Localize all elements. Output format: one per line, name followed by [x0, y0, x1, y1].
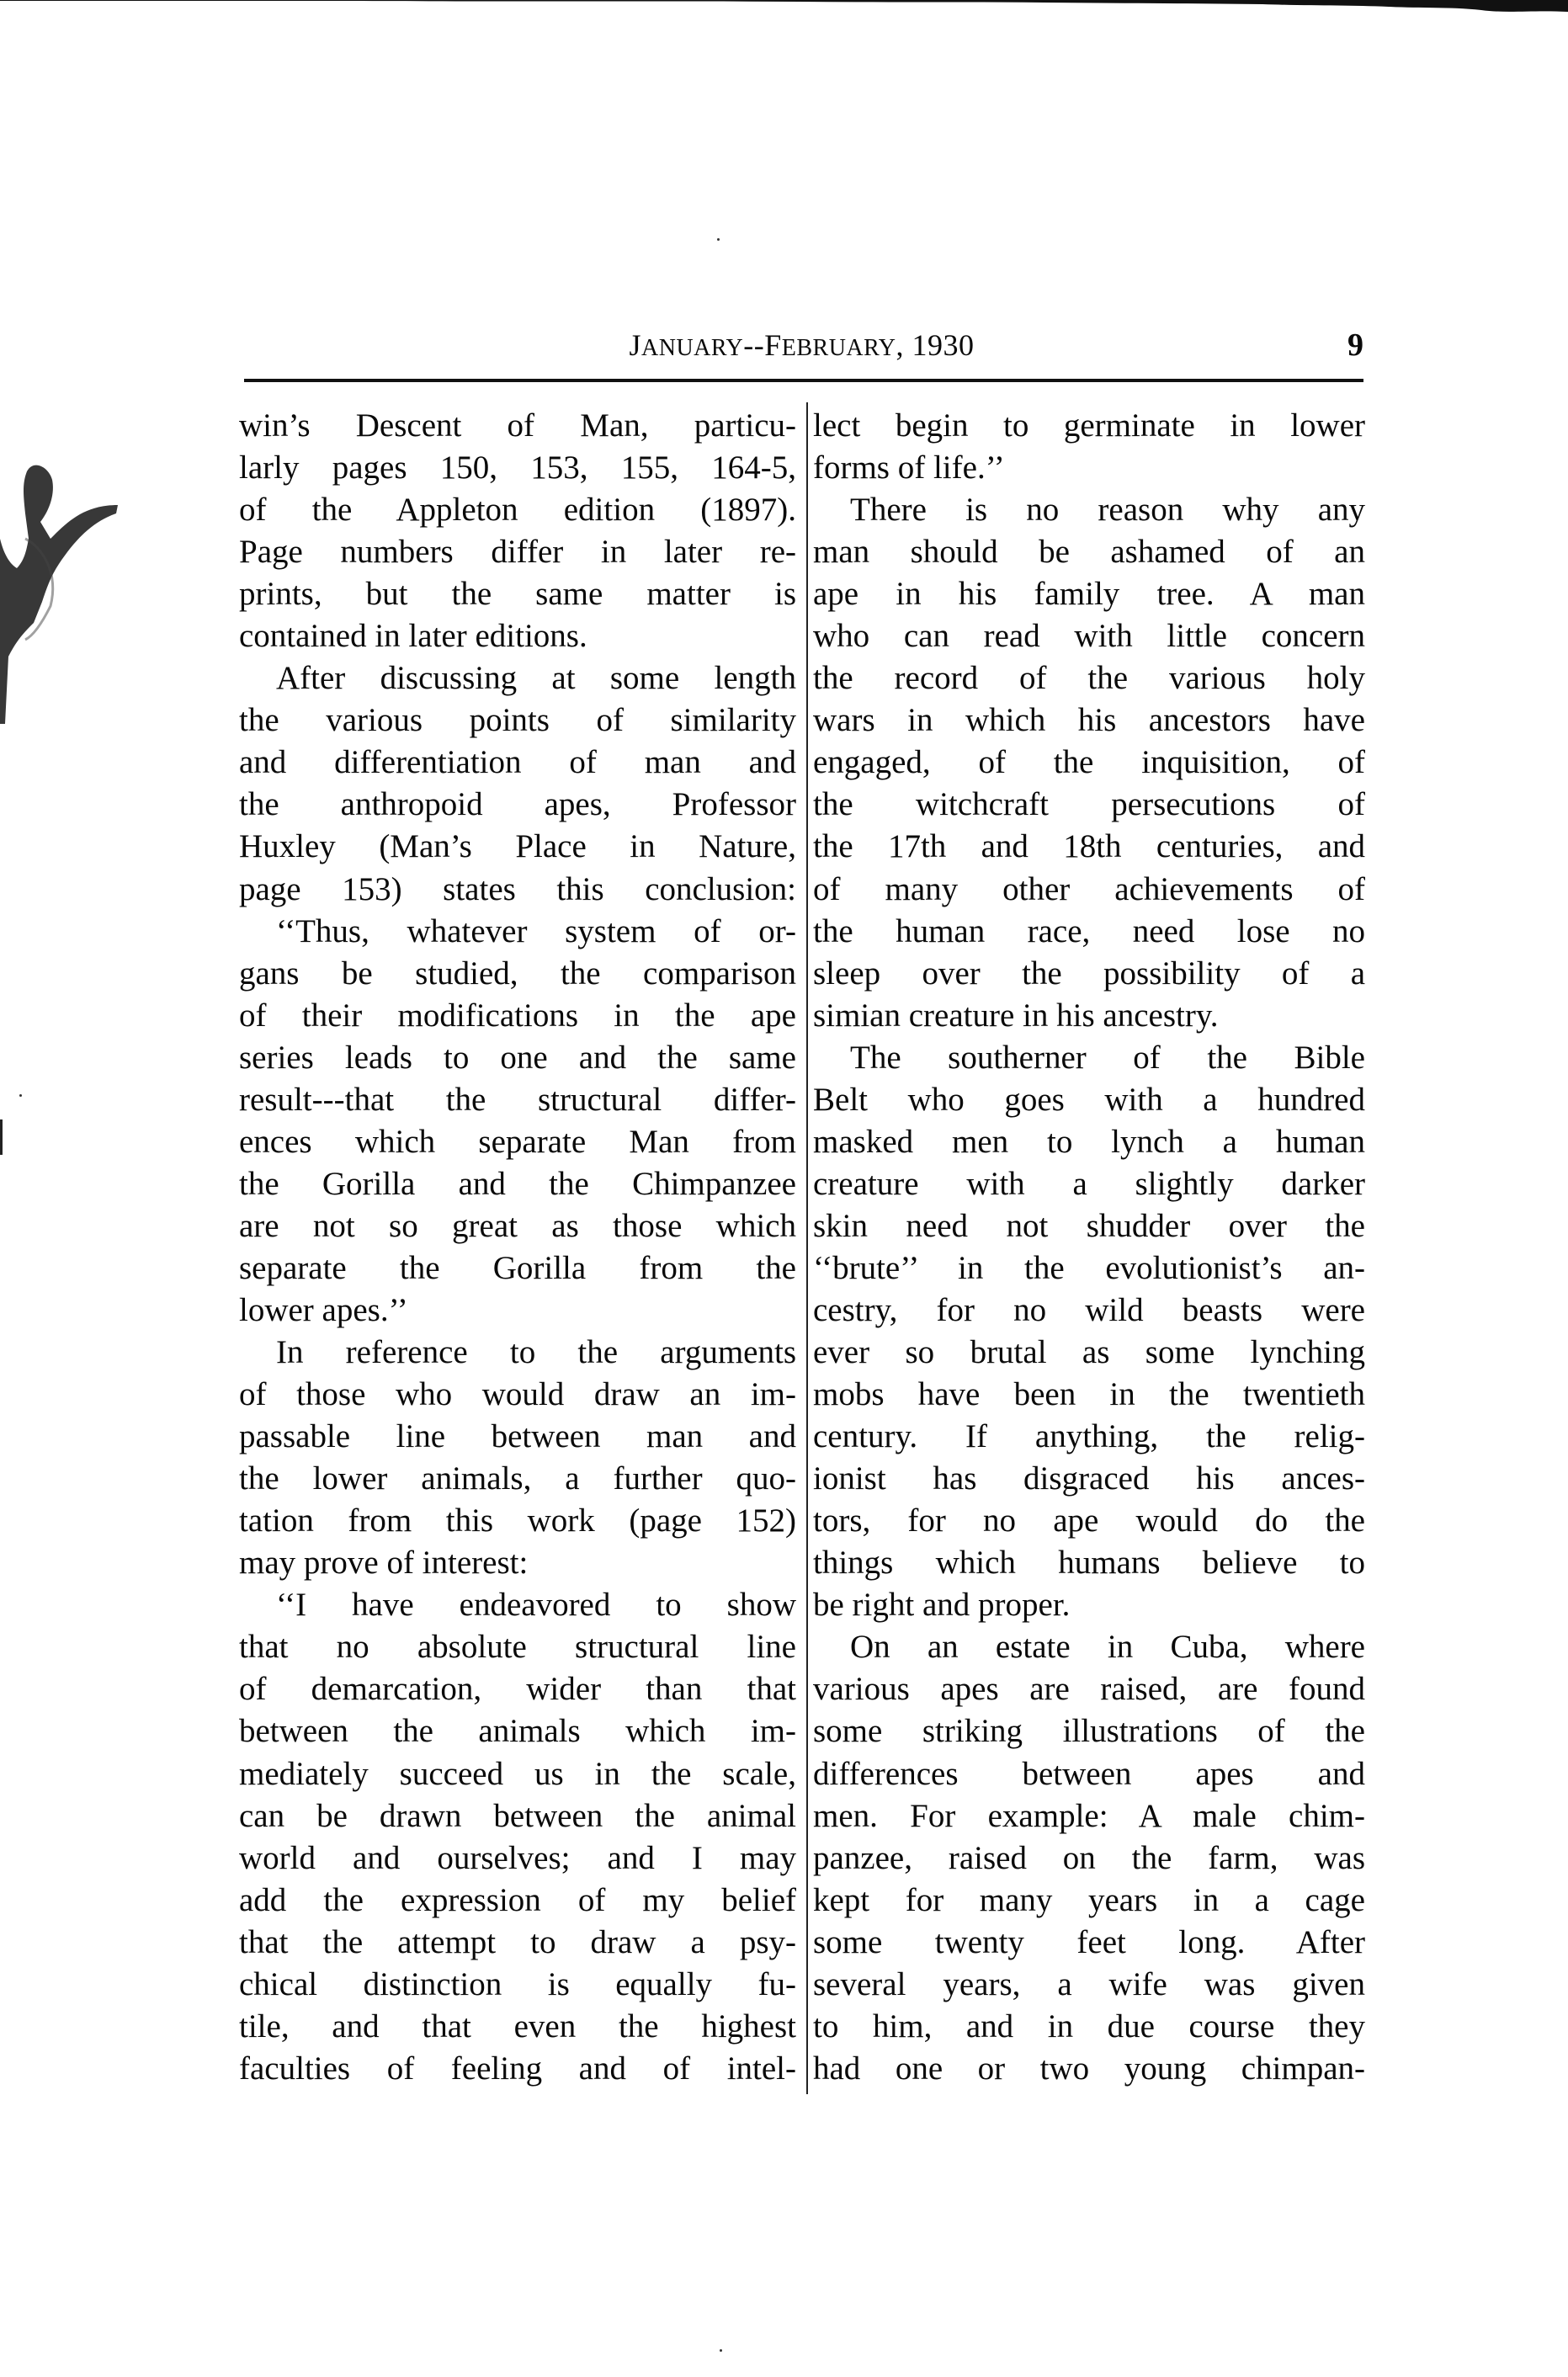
scan-speck	[720, 2349, 722, 2352]
text-line: mobs have been in the twentieth	[813, 1374, 1365, 1416]
text-line: man should be ashamed of an	[813, 531, 1365, 573]
text-line: Belt who goes with a hundred	[813, 1079, 1365, 1121]
column-divider	[806, 402, 808, 2094]
text-line: prints, but the same matter is	[239, 573, 796, 615]
text-line: result---that the structural differ-	[239, 1079, 796, 1121]
scan-top-edge-shadow	[0, 0, 1568, 15]
text-line: ape in his family tree. A man	[813, 573, 1365, 615]
title-initial-j: J	[630, 328, 642, 362]
text-line: world and ourselves; and I may	[239, 1837, 796, 1880]
text-line: series leads to one and the same	[239, 1037, 796, 1079]
scan-margin-blot	[0, 421, 135, 724]
text-line: things which humans believe to	[813, 1542, 1365, 1584]
text-line: several years, a wife was given	[813, 1964, 1365, 2006]
text-line: to him, and in due course they	[813, 2006, 1365, 2048]
text-line: ences which separate Man from	[239, 1121, 796, 1163]
text-line: various apes are raised, are found	[813, 1668, 1365, 1710]
text-line: can be drawn between the animal	[239, 1795, 796, 1837]
text-line: who can read with little concern	[813, 615, 1365, 657]
text-line: mediately succeed us in the scale,	[239, 1753, 796, 1795]
text-line: and differentiation of man and	[239, 742, 796, 784]
text-line: sleep over the possibility of a	[813, 953, 1365, 995]
text-line: between the animals which im-	[239, 1710, 796, 1752]
text-line: After discussing at some length	[239, 657, 796, 699]
text-line: of many other achievements of	[813, 869, 1365, 911]
text-line: that the attempt to draw a psy-	[239, 1922, 796, 1964]
text-line: There is no reason why any	[813, 489, 1365, 531]
text-line: century. If anything, the relig-	[813, 1416, 1365, 1458]
text-line: of their modifications in the ape	[239, 995, 796, 1037]
text-line: lect begin to germinate in lower	[813, 405, 1365, 447]
text-line: some striking illustrations of the	[813, 1710, 1365, 1752]
text-line: simian creature in his ancestry.	[813, 995, 1365, 1037]
text-line: the record of the various holy	[813, 657, 1365, 699]
scan-speck	[19, 1094, 22, 1097]
header-rule	[244, 379, 1363, 382]
text-line: ‘‘brute’’ in the evolutionist’s an-	[813, 1247, 1365, 1290]
text-line: In reference to the arguments	[239, 1332, 796, 1374]
text-line: ‘‘I have endeavored to show	[239, 1584, 796, 1626]
text-line: creature with a slightly darker	[813, 1163, 1365, 1205]
text-line: The southerner of the Bible	[813, 1037, 1365, 1079]
text-line: contained in later editions.	[239, 615, 796, 657]
text-line: kept for many years in a cage	[813, 1880, 1365, 1922]
text-line: the anthropoid apes, Professor	[239, 784, 796, 826]
text-line: On an estate in Cuba, where	[813, 1626, 1365, 1668]
text-line: the Gorilla and the Chimpanzee	[239, 1163, 796, 1205]
text-line: gans be studied, the comparison	[239, 953, 796, 995]
scan-speck	[717, 238, 720, 241]
right-column: lect begin to germinate in lowerforms of…	[813, 405, 1365, 2090]
text-line: may prove of interest:	[239, 1542, 796, 1584]
text-line: Huxley (Man’s Place in Nature,	[239, 826, 796, 868]
text-line: skin need not shudder over the	[813, 1205, 1365, 1247]
text-line: engaged, of the inquisition, of	[813, 742, 1365, 784]
text-line: panzee, raised on the farm, was	[813, 1837, 1365, 1880]
text-line: ever so brutal as some lynching	[813, 1332, 1365, 1374]
text-line: are not so great as those which	[239, 1205, 796, 1247]
text-line: some twenty feet long. After	[813, 1922, 1365, 1964]
text-line: faculties of feeling and of intel-	[239, 2048, 796, 2090]
text-line: chical distinction is equally fu-	[239, 1964, 796, 2006]
title-initial-f: --F	[743, 328, 782, 362]
text-line: ionist has disgraced his ances-	[813, 1458, 1365, 1500]
text-line: passable line between man and	[239, 1416, 796, 1458]
text-line: tile, and that even the highest	[239, 2006, 796, 2048]
running-head-title: JANUARY--FEBRUARY, 1930	[240, 324, 1363, 370]
text-line: differences between apes and	[813, 1753, 1365, 1795]
text-line: win’s Descent of Man, particu-	[239, 405, 796, 447]
text-line: separate the Gorilla from the	[239, 1247, 796, 1290]
text-line: men. For example: A male chim-	[813, 1795, 1365, 1837]
text-line: masked men to lynch a human	[813, 1121, 1365, 1163]
text-line: the 17th and 18th centuries, and	[813, 826, 1365, 868]
text-line: be right and proper.	[813, 1584, 1365, 1626]
text-line: of the Appleton edition (1897).	[239, 489, 796, 531]
text-line: page 153) states this conclusion:	[239, 869, 796, 911]
text-line: larly pages 150, 153, 155, 164-5,	[239, 447, 796, 489]
text-line: the human race, need lose no	[813, 911, 1365, 953]
text-line: of those who would draw an im-	[239, 1374, 796, 1416]
title-smallcaps-anuary: ANUARY	[641, 335, 743, 361]
text-line: tors, for no ape would do the	[813, 1500, 1365, 1542]
text-line: add the expression of my belief	[239, 1880, 796, 1922]
text-line: lower apes.’’	[239, 1290, 796, 1332]
text-line: Page numbers differ in later re-	[239, 531, 796, 573]
text-line: had one or two young chimpan-	[813, 2048, 1365, 2090]
scan-margin-tick	[0, 1119, 3, 1155]
text-line: the witchcraft persecutions of	[813, 784, 1365, 826]
left-column: win’s Descent of Man, particu-larly page…	[239, 405, 796, 2090]
text-line: the various points of similarity	[239, 699, 796, 742]
text-line: forms of life.’’	[813, 447, 1365, 489]
text-line: of demarcation, wider than that	[239, 1668, 796, 1710]
text-line: wars in which his ancestors have	[813, 699, 1365, 742]
text-line: tation from this work (page 152)	[239, 1500, 796, 1542]
text-line: cestry, for no wild beasts were	[813, 1290, 1365, 1332]
title-smallcaps-ebruary: EBRUARY	[782, 335, 896, 361]
title-year: , 1930	[896, 328, 975, 362]
running-head: JANUARY--FEBRUARY, 1930 9	[240, 324, 1363, 366]
text-line: the lower animals, a further quo-	[239, 1458, 796, 1500]
text-line: ‘‘Thus, whatever system of or-	[239, 911, 796, 953]
text-line: that no absolute structural line	[239, 1626, 796, 1668]
page-number: 9	[1347, 324, 1363, 366]
